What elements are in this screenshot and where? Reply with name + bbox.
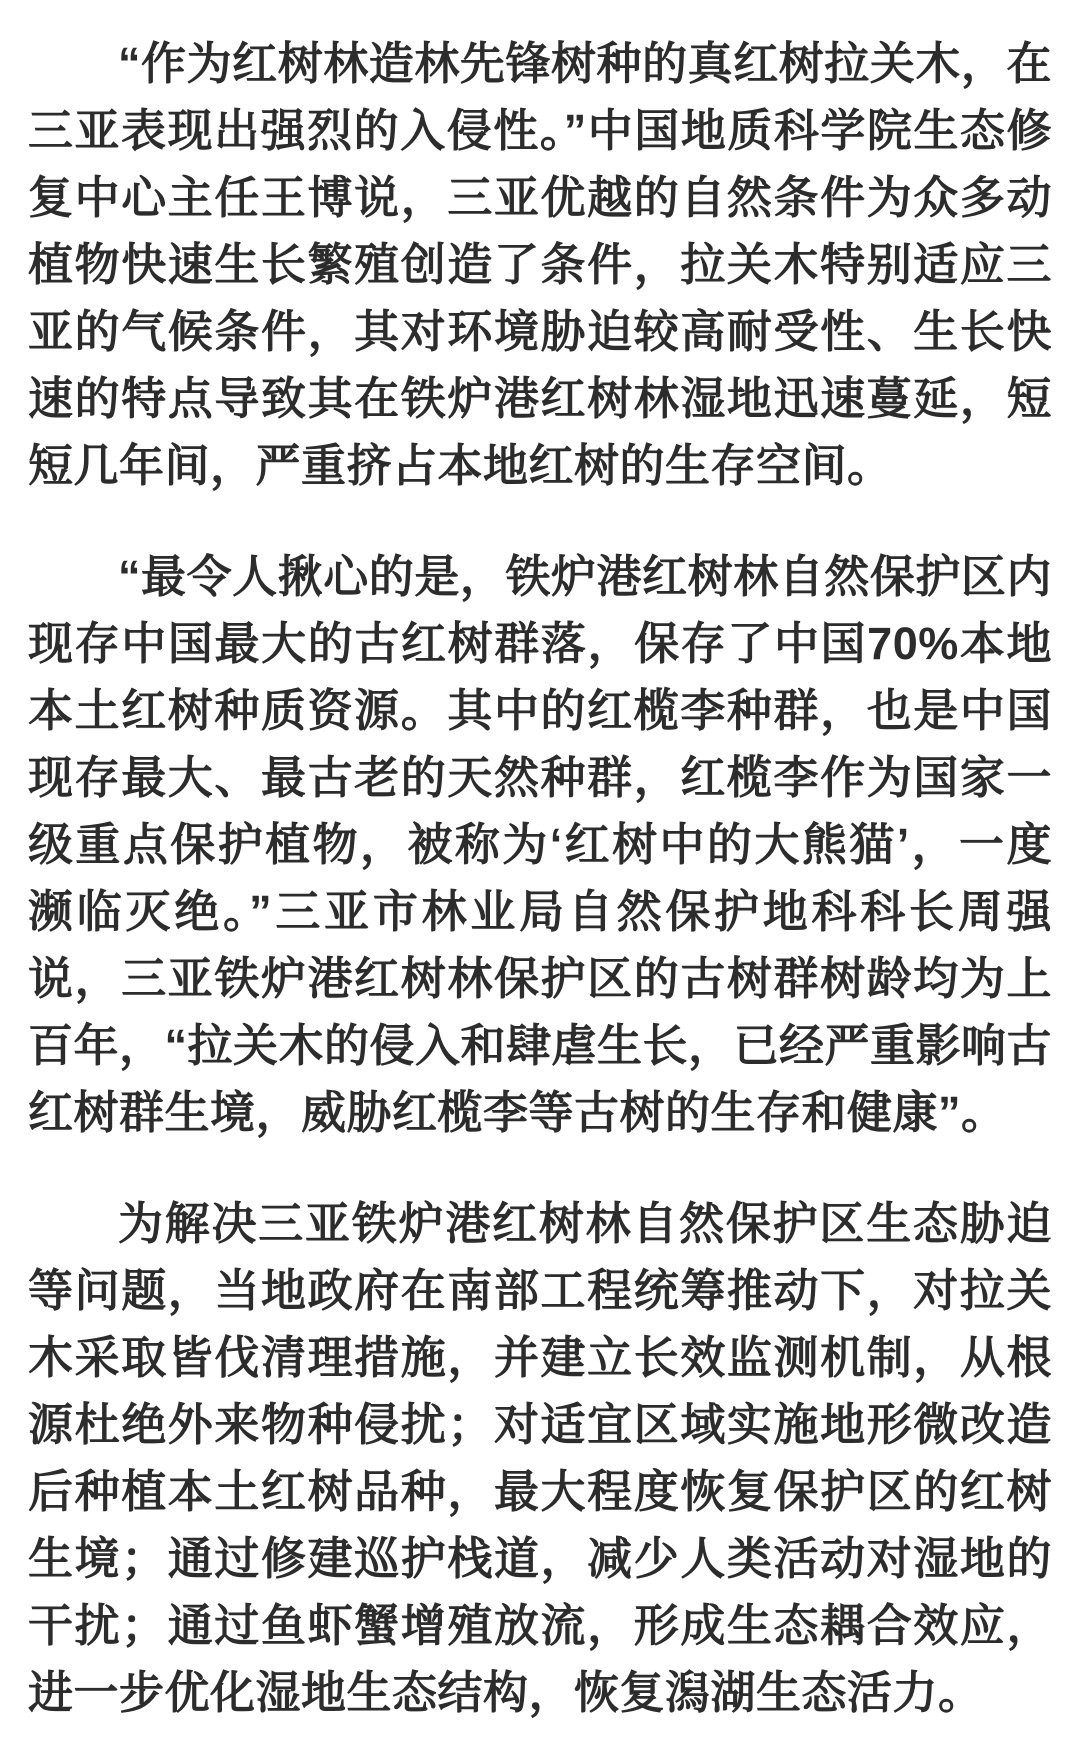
paragraph-invasion-statement: “作为红树林造林先锋树种的真红树拉关木，在三亚表现出强烈的入侵性。”中国地质科学…: [28, 30, 1052, 499]
paragraph-ancient-mangrove-threat: “最令人揪心的是，铁炉港红树林自然保护区内现存中国最大的古红树群落，保存了中国7…: [28, 543, 1052, 1146]
paragraph-restoration-measures: 为解决三亚铁炉港红树林自然保护区生态胁迫等问题，当地政府在南部工程统筹推动下，对…: [28, 1190, 1052, 1726]
article-body: “作为红树林造林先锋树种的真红树拉关木，在三亚表现出强烈的入侵性。”中国地质科学…: [0, 0, 1080, 1726]
